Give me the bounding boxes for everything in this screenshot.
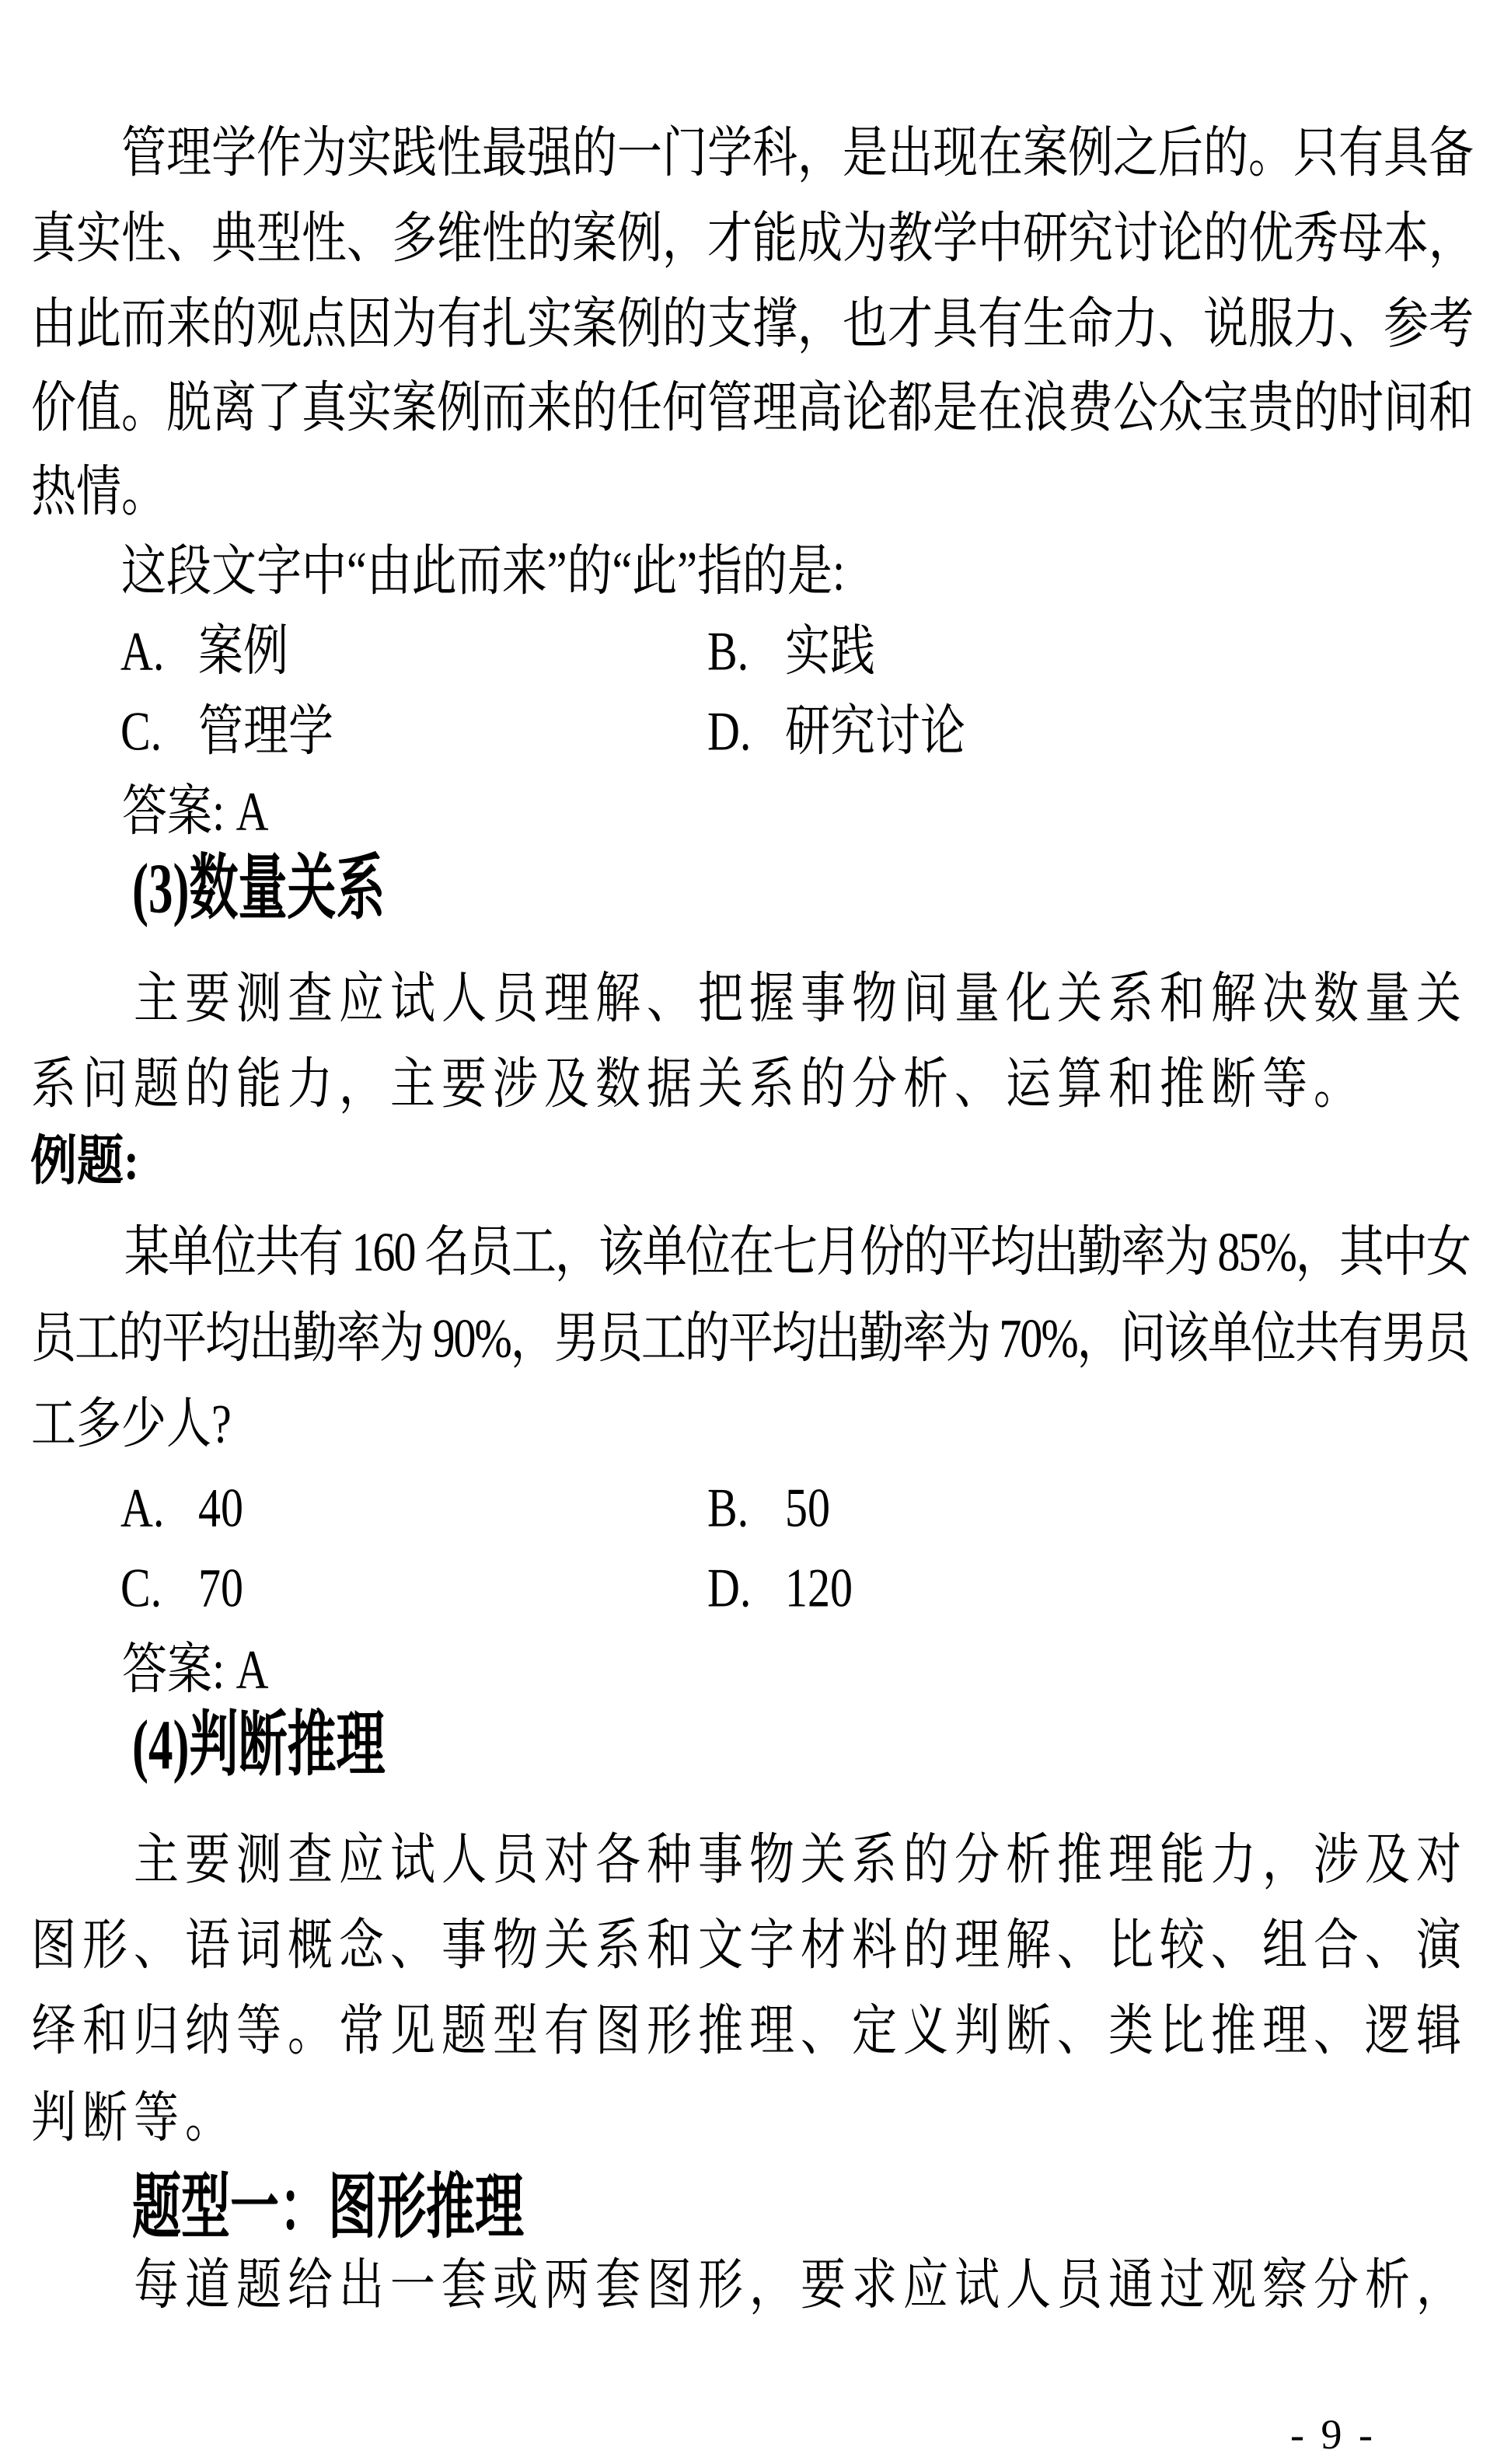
page-number: - 9 - [1290, 2413, 1376, 2455]
section4-desc-2: 图形、语词概念、事物关系和文字材料的理解、比较、组合、演 [31, 1918, 1467, 1974]
question2-stem-1: 某单位共有 160 名员工，该单位在七月份的平均出勤率为 85%，其中女 [124, 1225, 1470, 1280]
option-letter: B. [707, 624, 785, 679]
passage-line-1: 管理学作为实践性最强的一门学科，是出现在案例之后的。只有具备 [121, 126, 1474, 181]
subtype-desc: 每道题给出一套或两套图形，要求应试人员通过观察分析， [134, 2258, 1467, 2313]
question2-stem-2: 员工的平均出勤率为 90%，男员工的平均出勤率为 70%，问该单位共有男员 [31, 1311, 1469, 1366]
question2-option-d: D.120 [707, 1561, 853, 1616]
section3-heading: (3)数量关系 [132, 853, 385, 924]
question1-stem: 这段文字中“由此而来”的“此”指的是: [121, 544, 845, 599]
question1-option-d: D.研究讨论 [707, 704, 965, 759]
option-text: 管理学 [198, 700, 333, 762]
question2-option-b: B.50 [707, 1481, 830, 1536]
option-letter: A. [120, 624, 198, 679]
question1-answer: 答案: A [122, 784, 269, 839]
option-letter: B. [707, 1481, 785, 1536]
option-text: 研究讨论 [785, 700, 965, 762]
passage-line-2: 真实性、典型性、多维性的案例，才能成为教学中研究讨论的优秀母本， [31, 211, 1474, 267]
document-page: 管理学作为实践性最强的一门学科，是出现在案例之后的。只有具备 真实性、典型性、多… [0, 0, 1504, 2464]
option-text: 40 [198, 1477, 243, 1538]
question1-option-c: C.管理学 [120, 704, 333, 759]
option-letter: D. [707, 1561, 785, 1616]
question2-option-a: A.40 [120, 1481, 243, 1536]
passage-line-4: 价值。脱离了真实案例而来的任何管理高论都是在浪费公众宝贵的时间和 [31, 381, 1474, 436]
example-label: 例题: [30, 1134, 139, 1188]
section4-heading: (4)判断推理 [132, 1710, 385, 1781]
question1-option-a: A.案例 [120, 624, 288, 679]
option-letter: C. [120, 1561, 198, 1616]
option-letter: C. [120, 704, 198, 759]
option-text: 50 [785, 1477, 830, 1538]
section3-desc-2: 系问题的能力，主要涉及数据关系的分析、运算和推断等。 [31, 1057, 1365, 1112]
question2-answer: 答案: A [122, 1642, 269, 1698]
option-letter: D. [707, 704, 785, 759]
section4-desc-1: 主要测查应试人员对各种事物关系的分析推理能力，涉及对 [134, 1833, 1467, 1888]
option-letter: A. [120, 1481, 198, 1536]
question2-stem-3: 工多少人? [31, 1397, 232, 1452]
question2-option-c: C.70 [120, 1561, 243, 1616]
option-text: 120 [785, 1557, 853, 1618]
section3-desc-1: 主要测查应试人员理解、把握事物间量化关系和解决数量关 [134, 972, 1467, 1027]
passage-line-3: 由此而来的观点因为有扎实案例的支撑，也才具有生命力、说服力、参考 [31, 297, 1474, 352]
option-text: 70 [198, 1557, 243, 1618]
passage-line-5: 热情。 [31, 465, 166, 520]
option-text: 实践 [785, 620, 875, 682]
section4-desc-4: 判断等。 [31, 2091, 236, 2146]
question1-option-b: B.实践 [707, 624, 875, 679]
subtype-heading: 题型一：图形推理 [132, 2173, 524, 2243]
section4-desc-3: 绎和归纳等。常见题型有图形推理、定义判断、类比推理、逻辑 [31, 2004, 1467, 2059]
option-text: 案例 [198, 620, 288, 682]
